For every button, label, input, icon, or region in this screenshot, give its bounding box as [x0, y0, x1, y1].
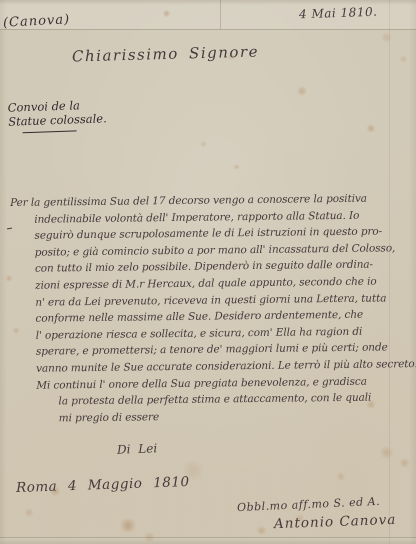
foxing-stain — [200, 141, 207, 147]
signature-antonio-canova: Antonio Canova — [274, 512, 397, 532]
foxing-stain — [336, 472, 346, 481]
foxing-stain — [399, 458, 410, 468]
foxing-stain — [379, 446, 394, 459]
margin-note: Convoi de la Statue colossale. — [7, 97, 107, 133]
letter-body: Per la gentilissima Sua del 17 decorso v… — [10, 190, 415, 427]
foxing-stain — [24, 508, 34, 517]
foxing-stain — [366, 124, 376, 133]
foxing-stain — [233, 164, 240, 170]
margin-note-underline — [23, 130, 77, 133]
salutation: Chiarissimo Signore — [72, 43, 259, 66]
foxing-stain — [119, 518, 137, 533]
foxing-stain — [256, 526, 267, 535]
letter-date-annotation: 4 Mai 1810. — [299, 5, 378, 22]
valediction: Di Lei — [117, 441, 158, 456]
foxing-stain — [296, 86, 308, 96]
margin-note-line2: Statue colossale. — [8, 111, 107, 128]
foxing-stain — [399, 55, 408, 63]
scanned-letter-page: (Canova) 4 Mai 1810. Chiarissimo Signore… — [0, 0, 416, 544]
foxing-stain — [380, 32, 393, 43]
vertical-crease-top — [220, 0, 221, 29]
bottom-fold-strip — [0, 538, 416, 544]
body-line: mi pregio di essere — [59, 406, 415, 427]
place-and-date: Roma 4 Maggio 1810 — [16, 474, 190, 496]
closing-formula: Obbl.mo aff.mo S. ed A. — [237, 495, 381, 514]
